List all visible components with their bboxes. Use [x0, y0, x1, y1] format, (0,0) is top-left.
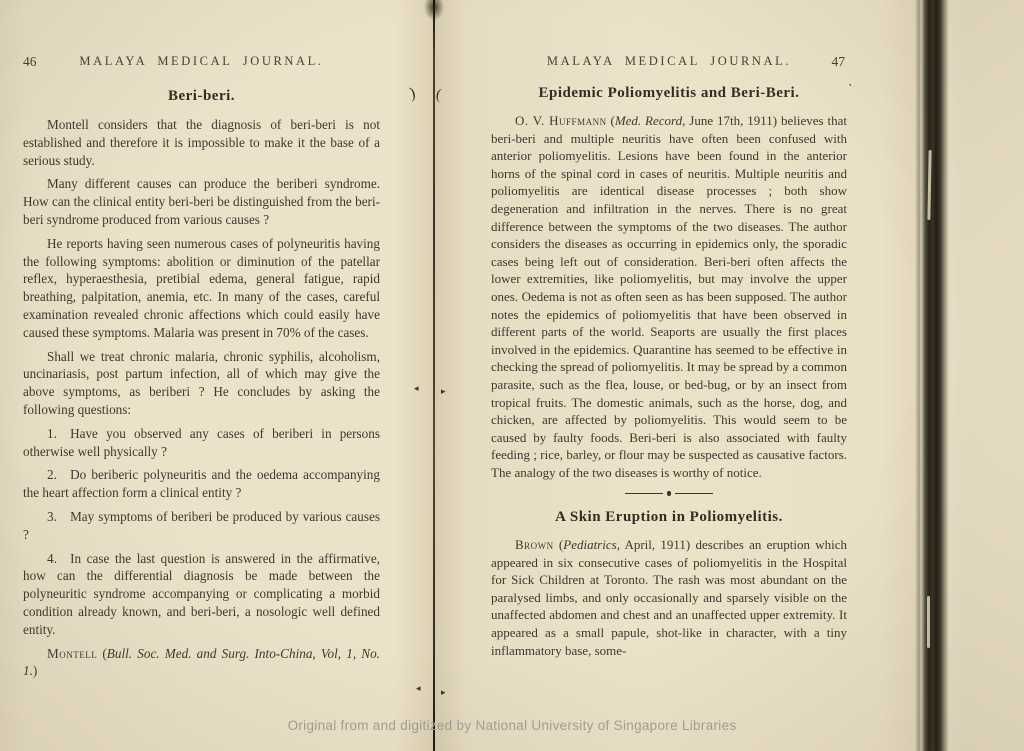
- book-gutter: [433, 0, 435, 751]
- paragraph: 3. May symptoms of beriberi be produced …: [23, 508, 380, 544]
- ink-mark: (: [435, 88, 443, 104]
- paragraph: 4. In case the last question is answered…: [23, 550, 380, 639]
- fore-edge-highlight: [927, 596, 930, 648]
- left-article-body: Montell considers that the diagnosis of …: [23, 116, 380, 680]
- right-article2-title: A Skin Eruption in Poliomyelitis.: [491, 509, 847, 526]
- page-fore-edge: [915, 0, 949, 751]
- left-page: 46 MALAYA MEDICAL JOURNAL. Beri-beri. Mo…: [23, 54, 380, 686]
- ink-mark: ◂: [414, 384, 419, 393]
- watermark: Original from and digitized by National …: [288, 718, 737, 733]
- right-page: MALAYA MEDICAL JOURNAL. 47 Epidemic Poli…: [491, 54, 847, 665]
- paragraph: O. V. Huffmann (Med. Record, June 17th, …: [491, 112, 847, 481]
- left-page-number: 46: [23, 54, 37, 70]
- paragraph: Shall we treat chronic malaria, chronic …: [23, 348, 380, 419]
- ink-mark: ): [408, 86, 417, 103]
- divider-line-right: [675, 493, 713, 495]
- paragraph: Montell considers that the diagnosis of …: [23, 116, 380, 169]
- ink-mark: ◂: [416, 684, 421, 693]
- left-article-title: Beri-beri.: [23, 88, 380, 105]
- ink-mark: ▸: [441, 387, 446, 396]
- paragraph: 2. Do beriberic polyneuritis and the oed…: [23, 466, 380, 502]
- right-running-title: MALAYA MEDICAL JOURNAL.: [491, 54, 847, 69]
- right-page-number: 47: [832, 54, 846, 70]
- paragraph: 1. Have you observed any cases of beribe…: [23, 425, 380, 461]
- ink-mark: ▸: [441, 688, 446, 697]
- right-article2-body: Brown (Pediatrics, April, 1911) describe…: [491, 536, 847, 659]
- right-article1-body: O. V. Huffmann (Med. Record, June 17th, …: [491, 112, 847, 481]
- paragraph: Brown (Pediatrics, April, 1911) describe…: [491, 536, 847, 659]
- paragraph: Many different causes can produce the be…: [23, 175, 380, 228]
- left-page-header: 46 MALAYA MEDICAL JOURNAL.: [23, 54, 380, 72]
- book-scan: 46 MALAYA MEDICAL JOURNAL. Beri-beri. Mo…: [0, 0, 1024, 751]
- section-divider: [491, 491, 847, 496]
- left-running-title: MALAYA MEDICAL JOURNAL.: [23, 54, 380, 69]
- right-article1-title: Epidemic Poliomyelitis and Beri-Beri.: [491, 85, 847, 102]
- divider-dot: [667, 491, 672, 496]
- divider-line-left: [625, 493, 663, 495]
- paragraph: Montell (Bull. Soc. Med. and Surg. Into-…: [23, 645, 380, 681]
- right-page-header: MALAYA MEDICAL JOURNAL. 47: [491, 54, 847, 72]
- paragraph: He reports having seen numerous cases of…: [23, 235, 380, 342]
